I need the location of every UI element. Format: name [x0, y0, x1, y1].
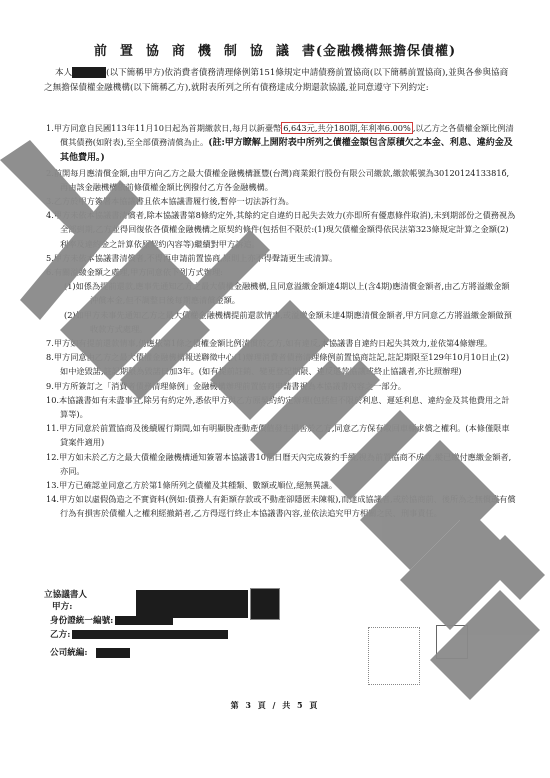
intro-body: (以下簡稱甲方)依消費者債務清理條例第151條規定申請債務前置協商(以下簡稱前置…	[44, 68, 508, 93]
party-b-label: 乙方:	[44, 630, 70, 640]
clause-item: 10.本協議書如有未盡事宜,除另有約定外,悉依甲方與乙方原契約約定辦理(包括但不…	[46, 393, 516, 421]
clause-text: 甲方所簽訂之「消費者債務清理條例」金融機構辦理前置協商申請書視為本協議書內容之一…	[54, 381, 406, 391]
id-number-label: 身份證統一編號:	[44, 616, 113, 626]
clause-item: 1.甲方同意自民國113年11月10日起為首期繳款日,每月以新臺幣6,643元,…	[46, 121, 516, 166]
clause-number: 11.	[46, 423, 59, 433]
redacted-party-b	[72, 630, 228, 639]
clause-text: 如係為提前還款,應事先通知乙方之最大債權金融機構,且同意溢繳金額達4期以上(含4…	[76, 281, 510, 305]
clause-text: 前開每月應清償金額,由甲方向乙方之最大債權金融機構滙豐(台灣)商業銀行股份有限公…	[54, 168, 509, 192]
clause-item: 8.甲方同意由乙方之最大債權金融機構報送聯徵中心(1)辦理消費者債務清理條例前置…	[46, 350, 516, 378]
clause-item: (1)如係為提前還款,應事先通知乙方之最大債權金融機構,且同意溢繳金額達4期以上…	[46, 279, 516, 307]
clause-item: 2.前開每月應清償金額,由甲方向乙方之最大債權金融機構滙豐(台灣)商業銀行股份有…	[46, 166, 516, 194]
representative-seal-stamp	[436, 625, 468, 659]
clause-text: 甲方同意自民國113年11月10日起為首期繳款日,每月以新臺幣	[54, 123, 281, 133]
clause-item: 6.有關溢繳金額之處理,甲方同意依下列方式辦理:	[46, 265, 516, 279]
clause-number: 8.	[46, 352, 54, 362]
clause-text: 甲方如未於乙方之最大債權金融機構通知簽署本協議書10個日曆天內完成簽約手續,視為…	[59, 452, 511, 476]
clause-text: 有關溢繳金額之處理,甲方同意依下列方式辦理:	[54, 267, 223, 277]
clause-text: 甲方未依本協議書清償者,除本協議書第8條約定外,其餘約定自違約日起失去效力(亦即…	[54, 210, 516, 248]
clause-item: 11.甲方同意於前置協商及後續履行期間,如有明顯脫產動產價值發生損害於乙方,同意…	[46, 421, 516, 449]
title-main: 前置協商機制協議	[94, 44, 302, 59]
intro-paragraph: 本人(以下簡稱甲方)依消費者債務清理條例第151條規定申請債務前置協商(以下簡稱…	[44, 66, 514, 96]
clause-number: 9.	[46, 381, 54, 391]
redacted-name	[72, 67, 106, 78]
clause-text: 甲方未依本協議書清償者,不得再申請前置協商,原則上亦不得聲請更生或清算。	[54, 253, 338, 263]
clause-text: 甲方如有提前還款情事,仍應依第1條之債權金額比例清償於乙方,如有違反,本協議書自…	[54, 338, 492, 348]
redacted-company-id	[96, 648, 130, 658]
clause-item: 9.甲方所簽訂之「消費者債務清理條例」金融機構辦理前置協商申請書視為本協議書內容…	[46, 379, 516, 393]
clause-text: 甲方已確認並同意乙方於第1條所列之債權及其種類、數額或順位,絕無異議。	[59, 480, 337, 490]
company-seal-stamp	[368, 627, 420, 685]
clause-item: 5.甲方未依本協議書清償者,不得再申請前置協商,原則上亦不得聲請更生或清算。	[46, 251, 516, 265]
clause-item: 4.甲方未依本協議書清償者,除本協議書第8條約定外,其餘約定自違約日起失去效力(…	[46, 208, 516, 251]
redacted-seal	[251, 589, 279, 619]
clause-number: 6.	[46, 267, 54, 277]
clause-number: (2)	[64, 310, 76, 320]
clause-number: 10.	[46, 395, 59, 405]
clause-number: 7.	[46, 338, 54, 348]
clause-number: 12.	[46, 452, 59, 462]
clause-number: 1.	[46, 123, 54, 133]
document-page: 前置協商機制協議書(金融機構無擔保債權) 本人(以下簡稱甲方)依消費者債務清理條…	[0, 0, 550, 778]
document-title: 前置協商機制協議書(金融機構無擔保債權)	[0, 40, 550, 59]
clause-number: 5.	[46, 253, 54, 263]
clause-number: (1)	[64, 281, 76, 291]
redacted-signature	[136, 590, 248, 618]
clause-number: 4.	[46, 210, 54, 220]
clause-item: 3.乙方於甲方簽署本協議書且依本協議書履行後,暫停一切法訴行為。	[46, 194, 516, 208]
clause-text: 如甲方未事先通知乙方之最大債權金融機構提前還款情事,或溢繳金額未達4期應清償金額…	[76, 310, 512, 334]
clause-item: (2)如甲方未事先通知乙方之最大債權金融機構提前還款情事,或溢繳金額未達4期應清…	[46, 308, 516, 336]
clause-text: 乙方於甲方簽署本協議書且依本協議書履行後,暫停一切法訴行為。	[54, 196, 294, 206]
clause-number: 3.	[46, 196, 54, 206]
company-id-label: 公司統編:	[44, 648, 88, 658]
clause-text: 甲方同意於前置協商及後續履行期間,如有明顯脫產動產價值發生損害於乙方,同意乙方保…	[59, 423, 510, 447]
clause-text: 本協議書如有未盡事宜,除另有約定外,悉依甲方與乙方原契約約定辦理(包括但不限於利…	[59, 395, 510, 419]
party-a-label: 甲方:	[44, 602, 72, 612]
title-tail: 書(金融機構無擔保債權)	[302, 44, 456, 59]
clause-item: 14.甲方如以虛假偽造之不實資料(例如:債務人有鉅額存款或不動產卻隱匿未陳報),…	[46, 492, 516, 520]
payment-terms-highlight: 6,643元,共分180期,年利率6.00%	[281, 122, 413, 134]
clause-list: 1.甲方同意自民國113年11月10日起為首期繳款日,每月以新臺幣6,643元,…	[46, 121, 516, 521]
clause-text: 甲方如以虛假偽造之不實資料(例如:債務人有鉅額存款或不動產卻隱匿未陳報),而達成…	[59, 494, 515, 518]
clause-text: 甲方同意由乙方之最大債權金融機構報送聯徵中心(1)辦理消費者債務清理條例前置協商…	[54, 352, 509, 376]
clause-number: 14.	[46, 494, 59, 504]
intro-start: 本人	[55, 68, 72, 78]
page-indicator: 第 3 頁 / 共 5 頁	[0, 700, 550, 711]
clause-number: 2.	[46, 168, 54, 178]
clause-number: 13.	[46, 480, 59, 490]
clause-item: 13.甲方已確認並同意乙方於第1條所列之債權及其種類、數額或順位,絕無異議。	[46, 478, 516, 492]
clause-item: 7.甲方如有提前還款情事,仍應依第1條之債權金額比例清償於乙方,如有違反,本協議…	[46, 336, 516, 350]
clause-item: 12.甲方如未於乙方之最大債權金融機構通知簽署本協議書10個日曆天內完成簽約手續…	[46, 450, 516, 478]
